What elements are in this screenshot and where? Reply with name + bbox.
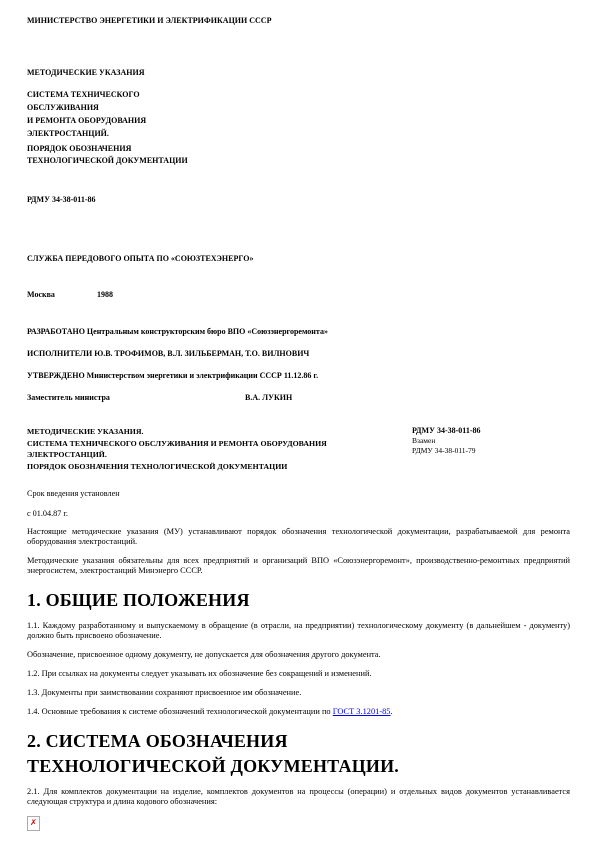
- doc-number-box: РДМУ 34-38-011-86 Взамен РДМУ 34-38-011-…: [412, 426, 481, 456]
- deputy-minister-line: Заместитель министра В.А. ЛУКИН: [27, 393, 570, 402]
- title-and-number-block: МЕТОДИЧЕСКИЕ УКАЗАНИЯ. СИСТЕМА ТЕХНИЧЕСК…: [27, 426, 570, 474]
- paragraph-1-4: 1.4. Основные требования к системе обозн…: [27, 707, 570, 717]
- title-repeat-line: ЭЛЕКТРОСТАНЦИЙ.: [27, 449, 405, 461]
- doc-kind: МЕТОДИЧЕСКИЕ УКАЗАНИЯ: [27, 68, 570, 78]
- imprint-year: 1988: [97, 290, 113, 299]
- section-2-heading: 2. СИСТЕМА ОБОЗНАЧЕНИЯ ТЕХНОЛОГИЧЕСКОЙ Д…: [27, 729, 487, 778]
- executors-line: ИСПОЛНИТЕЛИ Ю.В. ТРОФИМОВ, В.Л. ЗИЛЬБЕРМ…: [27, 349, 570, 359]
- doc-number: РДМУ 34-38-011-86: [27, 195, 570, 204]
- document-page: МИНИСТЕРСТВО ЭНЕРГЕТИКИ И ЭЛЕКТРИФИКАЦИИ…: [0, 0, 595, 842]
- imprint-line: Москва1988: [27, 290, 570, 299]
- broken-image-icon: ✗: [27, 816, 40, 831]
- approved-by-line: УТВЕРЖДЕНО Министерством энергетики и эл…: [27, 371, 570, 381]
- doc-subtitle-block: ПОРЯДОК ОБОЗНАЧЕНИЯ ТЕХНОЛОГИЧЕСКОЙ ДОКУ…: [27, 143, 570, 167]
- title-repeat-line: МЕТОДИЧЕСКИЕ УКАЗАНИЯ.: [27, 426, 405, 438]
- title-repeat-line: ПОРЯДОК ОБОЗНАЧЕНИЯ ТЕХНОЛОГИЧЕСКОЙ ДОКУ…: [27, 461, 405, 473]
- replaces-number: РДМУ 34-38-011-79: [412, 446, 481, 456]
- doc-title-line: ЭЛЕКТРОСТАНЦИЙ.: [27, 127, 570, 140]
- paragraph-1-3: 1.3. Документы при заимствовании сохраня…: [27, 688, 570, 698]
- doc-number-current: РДМУ 34-38-011-86: [412, 426, 481, 436]
- doc-title-block: СИСТЕМА ТЕХНИЧЕСКОГО ОБСЛУЖИВАНИЯ И РЕМО…: [27, 88, 570, 140]
- credits-block: РАЗРАБОТАНО Центральным конструкторским …: [27, 327, 570, 402]
- broken-image-x-glyph: ✗: [30, 819, 37, 827]
- paragraph-1-2: 1.2. При ссылках на документы следует ук…: [27, 669, 570, 679]
- gost-link[interactable]: ГОСТ 3.1201-85: [333, 707, 391, 716]
- ministry-line: МИНИСТЕРСТВО ЭНЕРГЕТИКИ И ЭЛЕКТРИФИКАЦИИ…: [27, 16, 570, 26]
- doc-title-line: ОБСЛУЖИВАНИЯ: [27, 101, 570, 114]
- doc-title-line: СИСТЕМА ТЕХНИЧЕСКОГО: [27, 88, 570, 101]
- intro-paragraph: Методические указания обязательны для вс…: [27, 556, 570, 576]
- doc-subtitle-line: ТЕХНОЛОГИЧЕСКОЙ ДОКУМЕНТАЦИИ: [27, 155, 570, 167]
- doc-subtitle-line: ПОРЯДОК ОБОЗНАЧЕНИЯ: [27, 143, 570, 155]
- developed-by-line: РАЗРАБОТАНО Центральным конструкторским …: [27, 327, 570, 337]
- publisher-line: СЛУЖБА ПЕРЕДОВОГО ОПЫТА ПО «СОЮЗТЕХЭНЕРГ…: [27, 254, 570, 263]
- paragraph-1-1a: Обозначение, присвоенное одному документ…: [27, 650, 570, 660]
- imprint-city: Москва: [27, 290, 55, 299]
- validity-label: Срок введения установлен: [27, 489, 570, 498]
- doc-title-line: И РЕМОНТА ОБОРУДОВАНИЯ: [27, 114, 570, 127]
- replaces-label: Взамен: [412, 436, 481, 446]
- paragraph-1-4-text: 1.4. Основные требования к системе обозн…: [27, 707, 333, 716]
- deputy-minister-name: В.А. ЛУКИН: [245, 393, 292, 402]
- title-repeat-line: СИСТЕМА ТЕХНИЧЕСКОГО ОБСЛУЖИВАНИЯ И РЕМО…: [27, 438, 405, 450]
- paragraph-2-1: 2.1. Для комплектов документации на изде…: [27, 787, 570, 807]
- paragraph-1-1: 1.1. Каждому разработанному и выпускаемо…: [27, 621, 570, 641]
- validity-date: с 01.04.87 г.: [27, 509, 570, 518]
- title-repeat-block: МЕТОДИЧЕСКИЕ УКАЗАНИЯ. СИСТЕМА ТЕХНИЧЕСК…: [27, 426, 405, 472]
- paragraph-1-4-period: .: [391, 707, 393, 716]
- deputy-minister-label: Заместитель министра: [27, 393, 245, 402]
- section-1-heading: 1. ОБЩИЕ ПОЛОЖЕНИЯ: [27, 588, 570, 612]
- intro-paragraph: Настоящие методические указания (МУ) уст…: [27, 527, 570, 547]
